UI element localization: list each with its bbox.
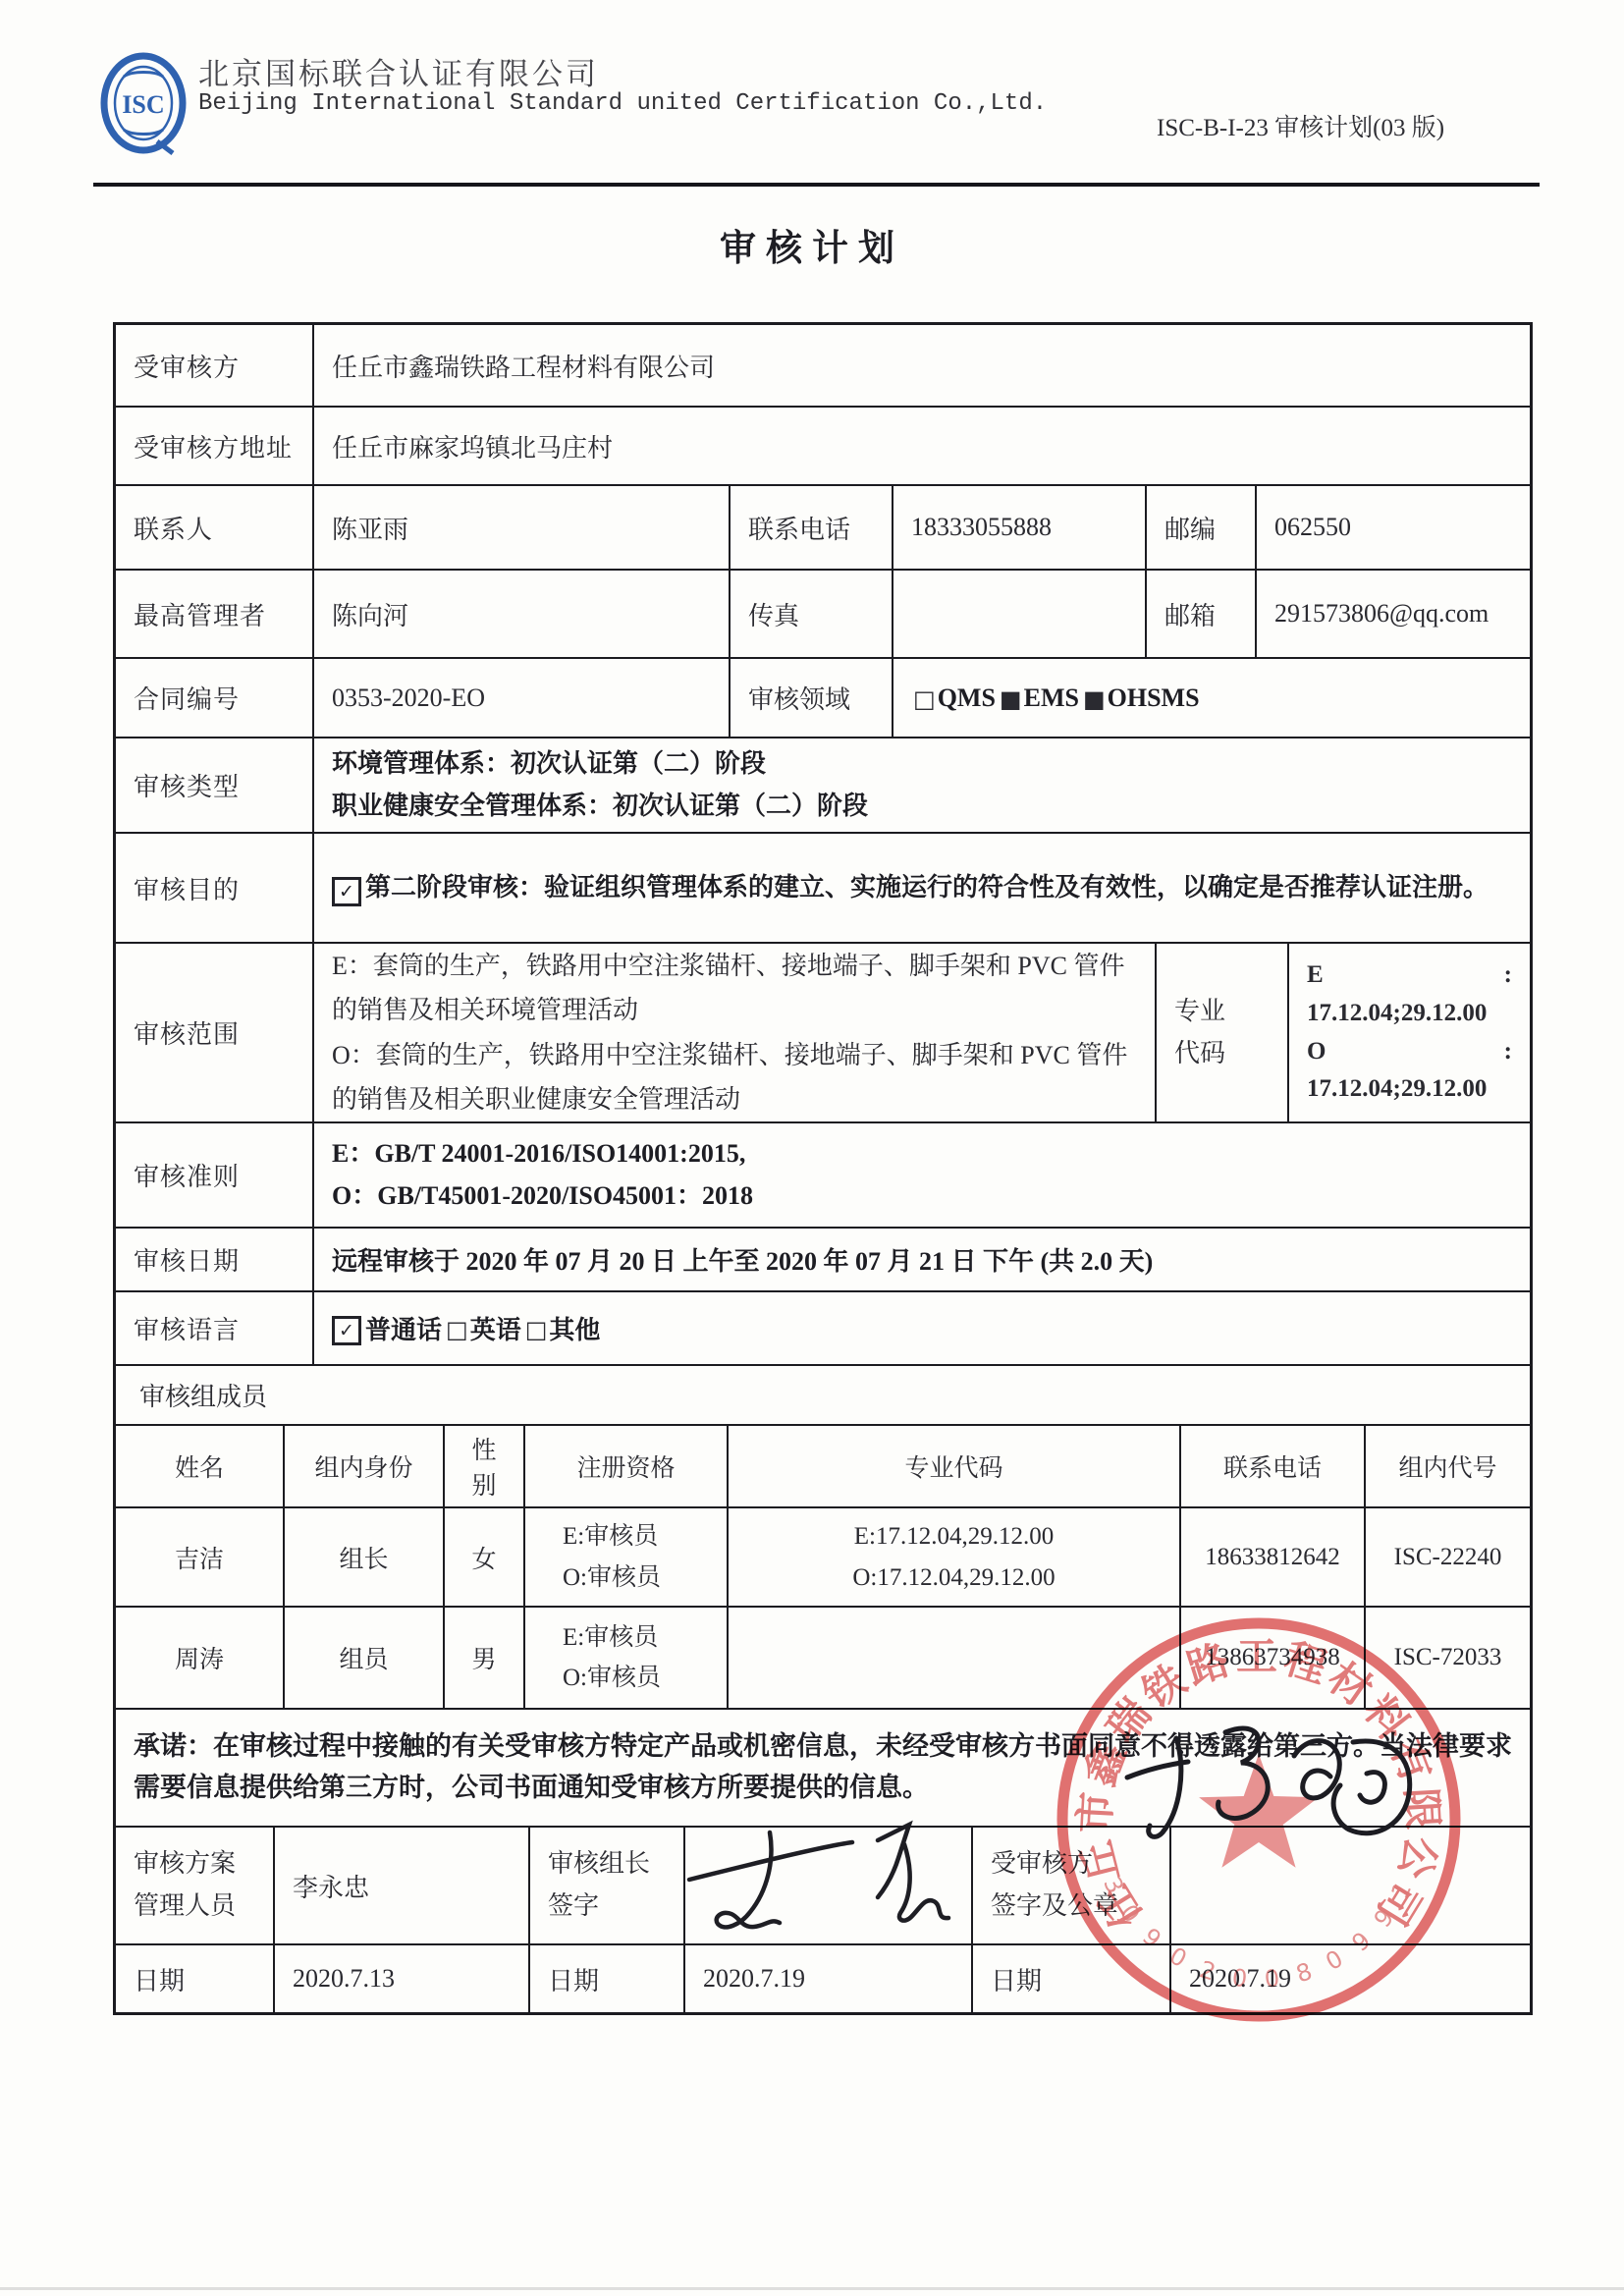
auditee-signature xyxy=(1110,1701,1438,1892)
company-name-cn: 北京国标联合认证有限公司 xyxy=(198,49,599,93)
team-leader-signature xyxy=(676,1817,970,1949)
code-e-colon: : xyxy=(1504,957,1512,995)
audit-date-row: 审核日期 远程审核于 2020 年 07 月 20 日 上午至 2020 年 0… xyxy=(116,1227,1530,1290)
member-name: 周涛 xyxy=(116,1608,283,1708)
audit-purpose-label: 审核目的 xyxy=(116,834,312,942)
team-header-row: 姓名 组内身份 性别 注册资格 专业代码 联系电话 组内代号 xyxy=(116,1424,1530,1506)
scan-edge-artifact xyxy=(0,2287,1624,2290)
audit-language-label: 审核语言 xyxy=(116,1292,312,1364)
document-code: ISC-B-I-23 审核计划(03 版) xyxy=(1157,108,1444,143)
col-header-phone: 联系电话 xyxy=(1179,1426,1364,1506)
contract-row: 合同编号 0353-2020-EO 审核领域 □QMS■EMS■OHSMS xyxy=(116,657,1530,737)
specialty-code-value: E : 17.12.04;29.12.00 O : 17.12.04;29.12… xyxy=(1287,944,1530,1121)
scanned-audit-plan-document: ISC 北京国标联合认证有限公司 Beijing International S… xyxy=(0,0,1624,2296)
fax-label: 传真 xyxy=(729,571,892,657)
leader-date-value: 2020.7.19 xyxy=(683,1945,971,2012)
member-qual-e: E:审核员 xyxy=(563,1516,658,1557)
team-section-label: 审核组成员 xyxy=(116,1366,1530,1424)
top-manager-value: 陈向河 xyxy=(312,571,729,657)
manager-date-label: 日期 xyxy=(116,1945,273,2012)
scope-o-text: O：套筒的生产，铁路用中空注浆锚杆、接地端子、脚手架和 PVC 管件的销售及相关… xyxy=(332,1033,1137,1122)
audit-criteria-row: 审核准则 E：GB/T 24001-2016/ISO14001:2015, O：… xyxy=(116,1121,1530,1227)
code-e-header: E : xyxy=(1307,957,1512,995)
specialty-code-label: 专业 代码 xyxy=(1155,944,1287,1121)
contract-label: 合同编号 xyxy=(116,659,312,737)
audit-scope-value: E：套筒的生产，铁路用中空注浆锚杆、接地端子、脚手架和 PVC 管件的销售及相关… xyxy=(312,944,1155,1121)
col-header-team-id: 组内代号 xyxy=(1364,1426,1530,1506)
audit-domain-value: □QMS■EMS■OHSMS xyxy=(892,659,1530,737)
code-o-value-line: 17.12.04;29.12.00 xyxy=(1307,1070,1512,1109)
ems-checkbox-checked-icon: ■ xyxy=(1000,685,1022,713)
english-option: 英语 xyxy=(470,1310,521,1346)
member-gender: 女 xyxy=(443,1508,523,1606)
member-gender: 男 xyxy=(443,1608,523,1708)
qms-option: QMS xyxy=(938,683,996,713)
specialty-code-label-line1: 专业 xyxy=(1174,991,1225,1033)
other-option: 其他 xyxy=(549,1310,600,1346)
member-team-id: ISC-22240 xyxy=(1364,1508,1530,1606)
col-header-gender: 性别 xyxy=(443,1426,523,1506)
top-manager-row: 最高管理者 陈向河 传真 邮箱 291573806@qq.com xyxy=(116,569,1530,657)
member-specialty-code: E:17.12.04,29.12.00 O:17.12.04,29.12.00 xyxy=(727,1508,1179,1606)
team-leader-label-line1: 审核组长 xyxy=(548,1843,650,1886)
member-code-e: E:17.12.04,29.12.00 xyxy=(854,1516,1054,1557)
contact-value: 陈亚雨 xyxy=(312,486,729,569)
fax-value xyxy=(892,571,1145,657)
email-value: 291573806@qq.com xyxy=(1255,571,1530,657)
audit-language-row: 审核语言 ✓普通话□英语□其他 xyxy=(116,1290,1530,1364)
member-phone: 18633812642 xyxy=(1179,1508,1364,1606)
audit-purpose-text: 第二阶段审核：验证组织管理体系的建立、实施运行的符合性及有效性，以确定是否推荐认… xyxy=(365,873,1489,902)
mandarin-checkbox-checked-icon: ✓ xyxy=(332,1316,361,1345)
contact-label: 联系人 xyxy=(116,486,312,569)
team-member-row: 吉洁 组长 女 E:审核员 O:审核员 E:17.12.04,29.12.00 … xyxy=(116,1506,1530,1606)
ohsms-option: OHSMS xyxy=(1108,683,1200,713)
audit-date-value: 远程审核于 2020 年 07 月 20 日 上午至 2020 年 07 月 2… xyxy=(312,1229,1530,1290)
audit-language-value: ✓普通话□英语□其他 xyxy=(312,1292,1530,1364)
program-manager-label: 审核方案 管理人员 xyxy=(116,1828,273,1943)
qms-checkbox-unchecked-icon: □ xyxy=(913,685,936,713)
col-header-qualification: 注册资格 xyxy=(523,1426,727,1506)
code-e-value-line: 17.12.04;29.12.00 xyxy=(1307,995,1512,1033)
company-name-en: Beijing International Standard united Ce… xyxy=(198,90,1047,117)
manager-date-value: 2020.7.13 xyxy=(273,1945,528,2012)
audit-type-label: 审核类型 xyxy=(116,738,312,832)
criteria-o-text: O：GB/T45001-2020/ISO45001：2018 xyxy=(332,1175,753,1218)
col-header-name: 姓名 xyxy=(116,1426,283,1506)
ohsms-checkbox-checked-icon: ■ xyxy=(1083,685,1106,713)
header-divider xyxy=(93,183,1540,187)
member-role: 组长 xyxy=(283,1508,443,1606)
auditee-label: 受审核方 xyxy=(116,325,312,406)
audit-scope-row: 审核范围 E：套筒的生产，铁路用中空注浆锚杆、接地端子、脚手架和 PVC 管件的… xyxy=(116,942,1530,1121)
audit-domain-label: 审核领域 xyxy=(729,659,892,737)
audit-type-value: 环境管理体系：初次认证第（二）阶段 职业健康安全管理体系：初次认证第（二）阶段 xyxy=(312,738,1530,832)
audit-purpose-value: ✓第二阶段审核：验证组织管理体系的建立、实施运行的符合性及有效性，以确定是否推荐… xyxy=(312,834,1530,942)
audit-purpose-row: 审核目的 ✓第二阶段审核：验证组织管理体系的建立、实施运行的符合性及有效性，以确… xyxy=(116,832,1530,942)
email-label: 邮箱 xyxy=(1145,571,1255,657)
member-qualification: E:审核员 O:审核员 xyxy=(523,1608,727,1708)
code-o-prefix: O xyxy=(1307,1033,1326,1071)
address-label: 受审核方地址 xyxy=(116,408,312,484)
specialty-code-label-line2: 代码 xyxy=(1174,1033,1225,1075)
mandarin-option: 普通话 xyxy=(365,1310,442,1346)
audit-type-line2: 职业健康安全管理体系：初次认证第（二）阶段 xyxy=(332,786,868,828)
code-o-colon: : xyxy=(1504,1033,1512,1071)
zip-label: 邮编 xyxy=(1145,486,1255,569)
audit-criteria-value: E：GB/T 24001-2016/ISO14001:2015, O：GB/T4… xyxy=(312,1123,1530,1227)
check-icon: ✓ xyxy=(339,877,354,906)
code-e-value: 17.12.04;29.12.00 xyxy=(1307,995,1487,1033)
member-qual-o: O:审核员 xyxy=(563,1558,661,1598)
leader-date-label: 日期 xyxy=(528,1945,683,2012)
audit-criteria-label: 审核准则 xyxy=(116,1123,312,1227)
contact-row: 联系人 陈亚雨 联系电话 18333055888 邮编 062550 xyxy=(116,484,1530,569)
page-title: 审核计划 xyxy=(0,218,1624,271)
logo-text: ISC xyxy=(122,90,164,119)
english-checkbox-unchecked-icon: □ xyxy=(446,1316,468,1343)
criteria-e-text: E：GB/T 24001-2016/ISO14001:2015, xyxy=(332,1133,745,1175)
audit-scope-label: 审核范围 xyxy=(116,944,312,1121)
team-leader-label-line2: 签字 xyxy=(548,1886,599,1928)
program-manager-label-line1: 审核方案 xyxy=(134,1843,236,1886)
member-role: 组员 xyxy=(283,1608,443,1708)
auditee-value: 任丘市鑫瑞铁路工程材料有限公司 xyxy=(312,325,1530,406)
contract-value: 0353-2020-EO xyxy=(312,659,729,737)
audit-date-label: 审核日期 xyxy=(116,1229,312,1290)
scope-e-text: E：套筒的生产，铁路用中空注浆锚杆、接地端子、脚手架和 PVC 管件的销售及相关… xyxy=(332,944,1137,1033)
audit-type-line1: 环境管理体系：初次认证第（二）阶段 xyxy=(332,743,766,786)
member-name: 吉洁 xyxy=(116,1508,283,1606)
address-row: 受审核方地址 任丘市麻家坞镇北马庄村 xyxy=(116,406,1530,484)
col-header-specialty-code: 专业代码 xyxy=(727,1426,1179,1506)
member-qual-e: E:审核员 xyxy=(563,1617,658,1658)
code-o-header: O : xyxy=(1307,1033,1512,1071)
phone-value: 18333055888 xyxy=(892,486,1145,569)
isc-logo: ISC xyxy=(100,51,187,155)
team-leader-signature-label: 审核组长 签字 xyxy=(528,1828,683,1943)
auditee-row: 受审核方 任丘市鑫瑞铁路工程材料有限公司 xyxy=(116,325,1530,406)
code-o-value: 17.12.04;29.12.00 xyxy=(1307,1070,1487,1109)
member-qualification: E:审核员 O:审核员 xyxy=(523,1508,727,1606)
phone-label: 联系电话 xyxy=(729,486,892,569)
address-value: 任丘市麻家坞镇北马庄村 xyxy=(312,408,1530,484)
audit-type-row: 审核类型 环境管理体系：初次认证第（二）阶段 职业健康安全管理体系：初次认证第（… xyxy=(116,737,1530,832)
col-header-role: 组内身份 xyxy=(283,1426,443,1506)
program-manager-label-line2: 管理人员 xyxy=(134,1886,236,1928)
code-e-prefix: E xyxy=(1307,957,1324,995)
member-code-o: O:17.12.04,29.12.00 xyxy=(852,1558,1055,1598)
check-icon: ✓ xyxy=(339,1320,354,1341)
ems-option: EMS xyxy=(1024,683,1079,713)
stage2-checkbox-checked-icon: ✓ xyxy=(332,877,361,906)
other-checkbox-unchecked-icon: □ xyxy=(525,1316,548,1343)
zip-value: 062550 xyxy=(1255,486,1530,569)
member-qual-o: O:审核员 xyxy=(563,1658,661,1698)
team-section-row: 审核组成员 xyxy=(116,1364,1530,1424)
program-manager-name: 李永忠 xyxy=(273,1828,528,1943)
top-manager-label: 最高管理者 xyxy=(116,571,312,657)
